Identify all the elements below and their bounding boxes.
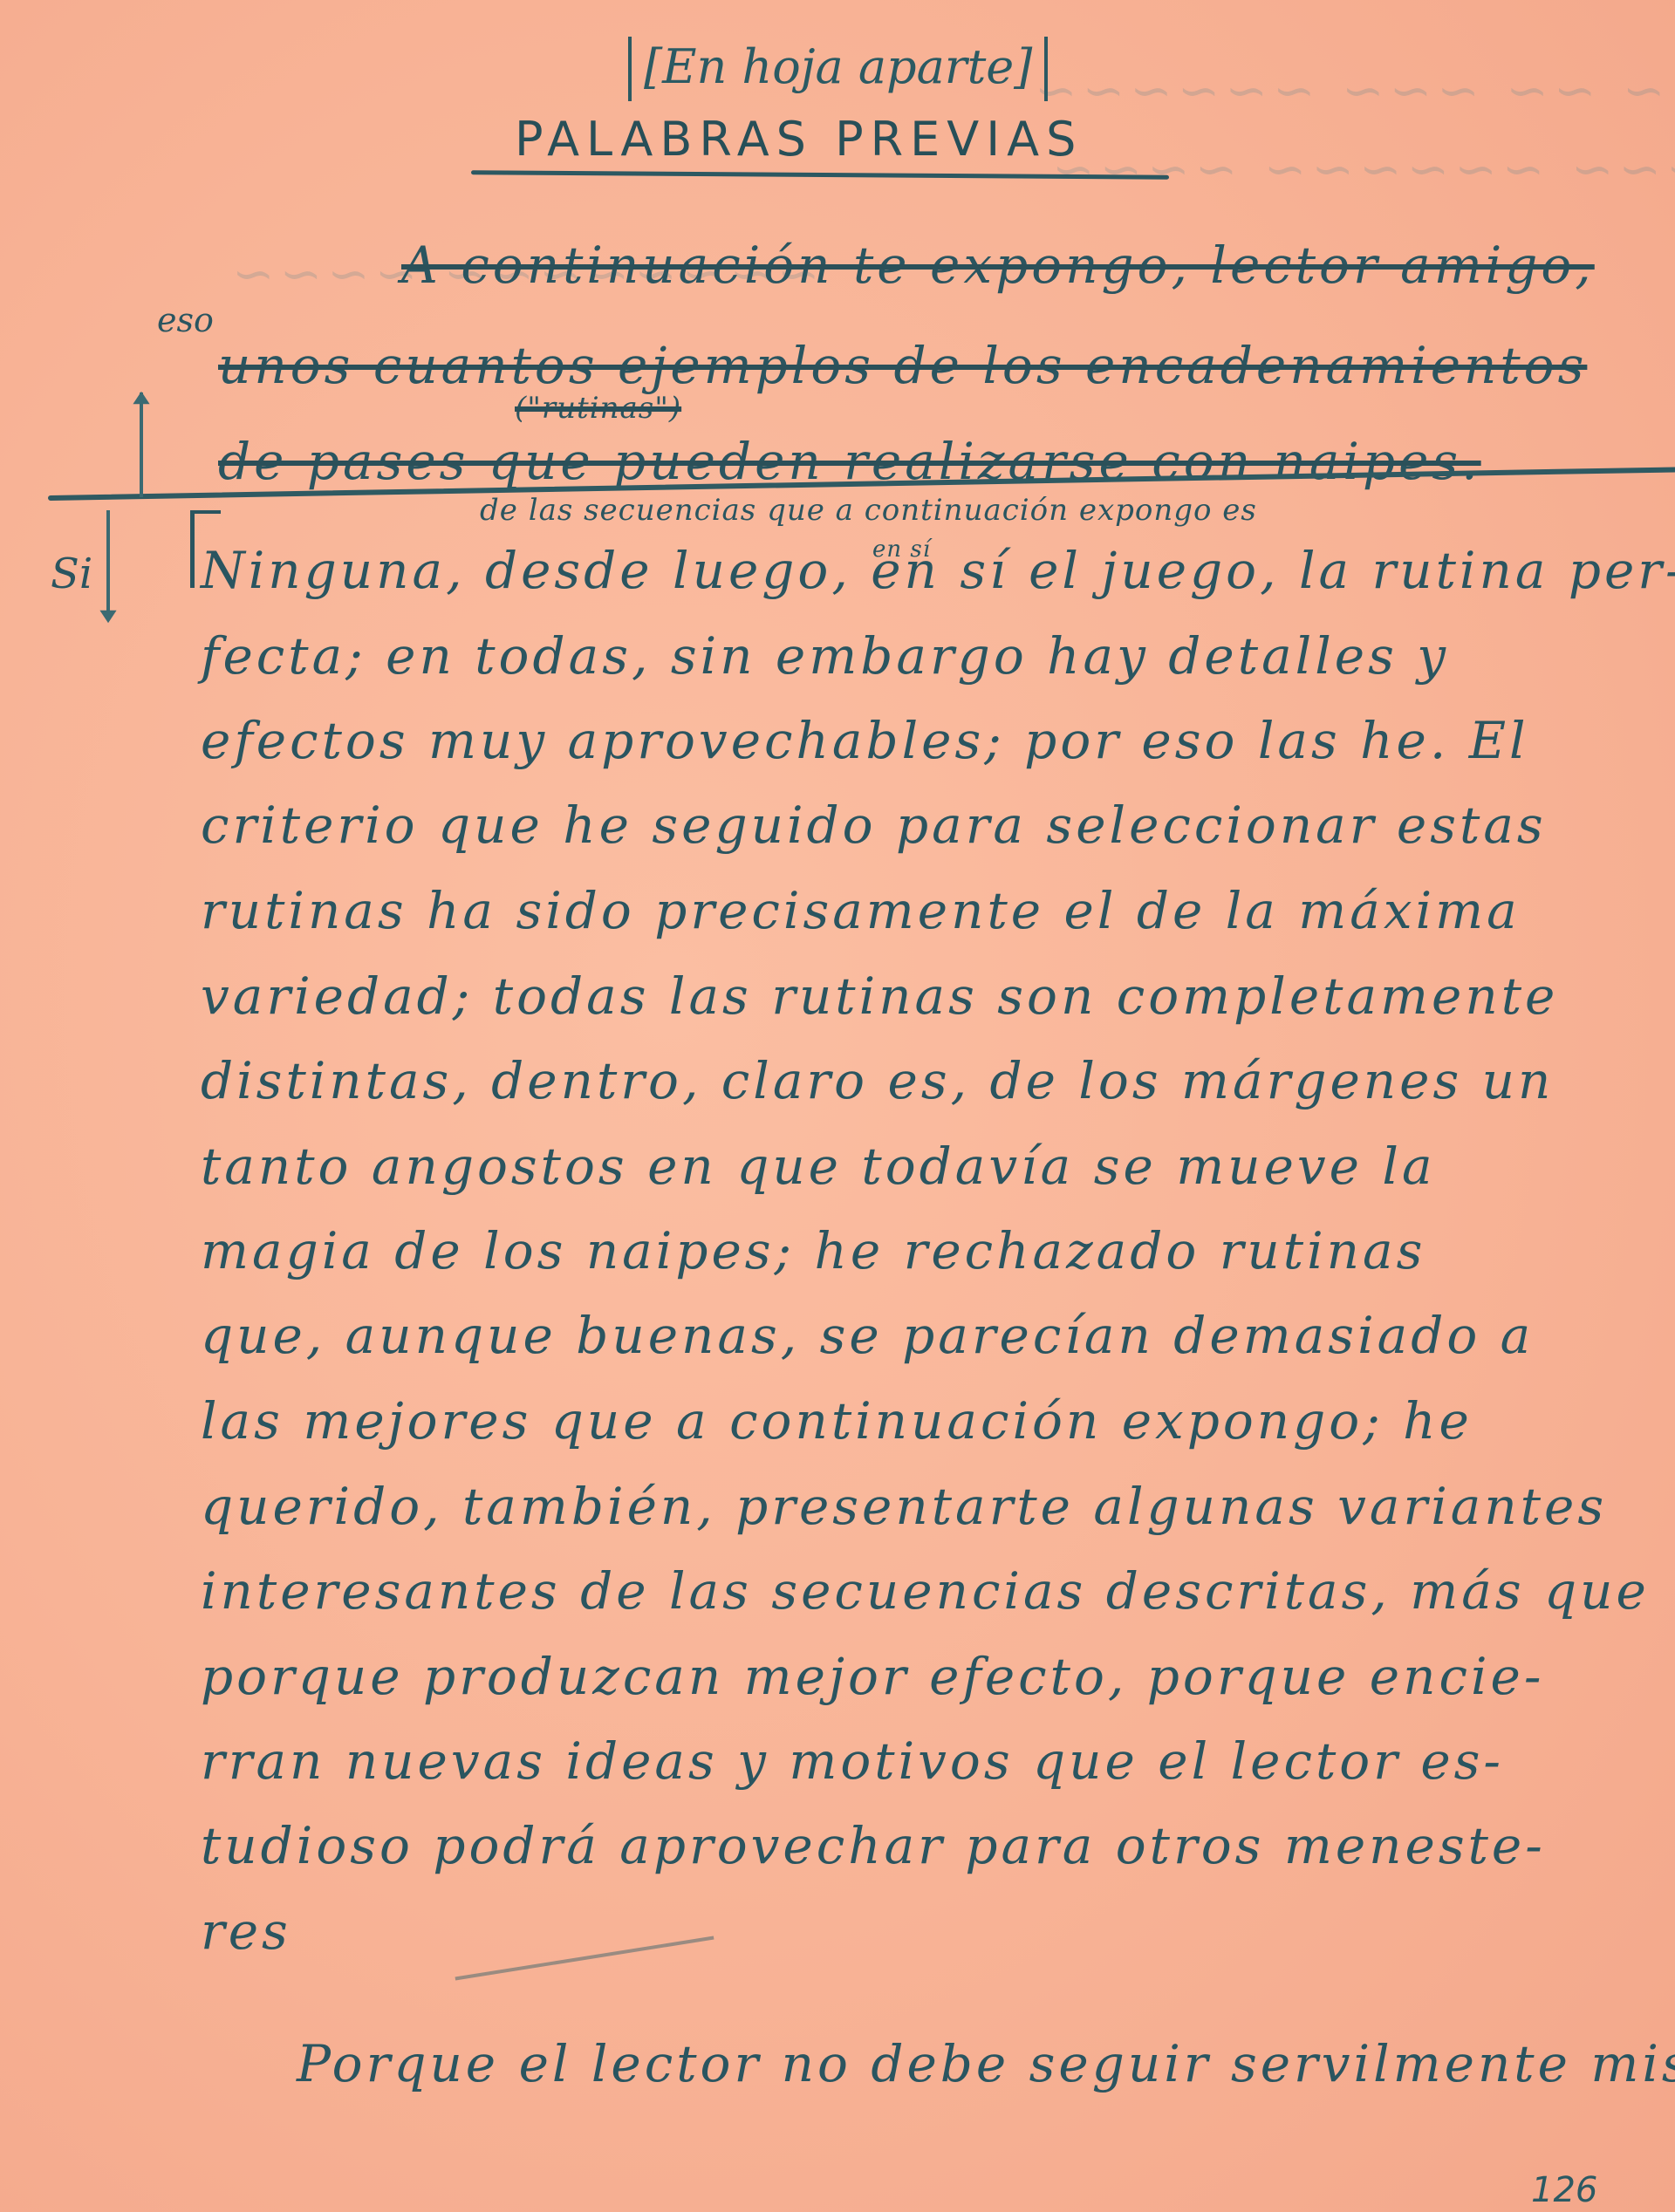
body-line: las mejores que a continuación expongo; … xyxy=(201,1391,1473,1451)
struck-line-1: A continuación te expongo, lector amigo, xyxy=(401,236,1595,295)
body-line: tanto angostos en que todavía se mueve l… xyxy=(201,1137,1436,1196)
page-number: 126 xyxy=(1531,2170,1597,2210)
struck-insertion: ("rutinas") xyxy=(515,391,681,426)
margin-insertion: eso xyxy=(157,301,214,339)
body-line: rutinas ha sido precisamente el de la má… xyxy=(201,881,1521,940)
bleed-through: ~~~~ ~~ ~~~ ~~~~~~ xyxy=(1029,61,1675,120)
body-line: distintas, dentro, claro es, de los márg… xyxy=(201,1051,1554,1110)
header-note: [En hoja aparte] xyxy=(628,37,1048,101)
body-line: rran nuevas ideas y motivos que el lecto… xyxy=(201,1731,1504,1791)
body-line: magia de los naipes; he rechazado rutina… xyxy=(201,1221,1425,1280)
body-line: res xyxy=(201,1901,291,1961)
page-title: PALABRAS PREVIAS xyxy=(515,112,1083,167)
struck-line-2: unos cuantos ejemplos de los encadenamie… xyxy=(218,336,1587,395)
down-arrow-icon xyxy=(106,510,110,615)
body-line: tudioso podrá aprovechar para otros mene… xyxy=(201,1816,1546,1875)
up-arrow-icon xyxy=(140,393,143,497)
body-line: criterio que he seguido para seleccionar… xyxy=(201,795,1547,855)
margin-note-si: Si xyxy=(51,550,92,598)
body-line: Ninguna, desde luego, en sí el juego, la… xyxy=(201,541,1675,600)
body-line: interesantes de las secuencias descritas… xyxy=(201,1561,1650,1621)
closing-line: Porque el lector no debe seguir servilme… xyxy=(297,2034,1675,2093)
body-line: porque produzcan mejor efecto, porque en… xyxy=(201,1647,1544,1706)
bleed-through: ~~~~~ ~~~~~~ ~~~~ xyxy=(1047,140,1675,199)
body-line: efectos muy aprovechables; por eso las h… xyxy=(201,711,1529,770)
body-line: querido, también, presentarte algunas va… xyxy=(201,1477,1607,1536)
insertion-above-line: de las secuencias que a continuación exp… xyxy=(480,493,1257,528)
body-line: que, aunque buenas, se parecían demasiad… xyxy=(201,1306,1534,1365)
body-line: variedad; todas las rutinas son completa… xyxy=(201,966,1558,1026)
body-line: fecta; en todas, sin embargo hay detalle… xyxy=(201,626,1449,686)
